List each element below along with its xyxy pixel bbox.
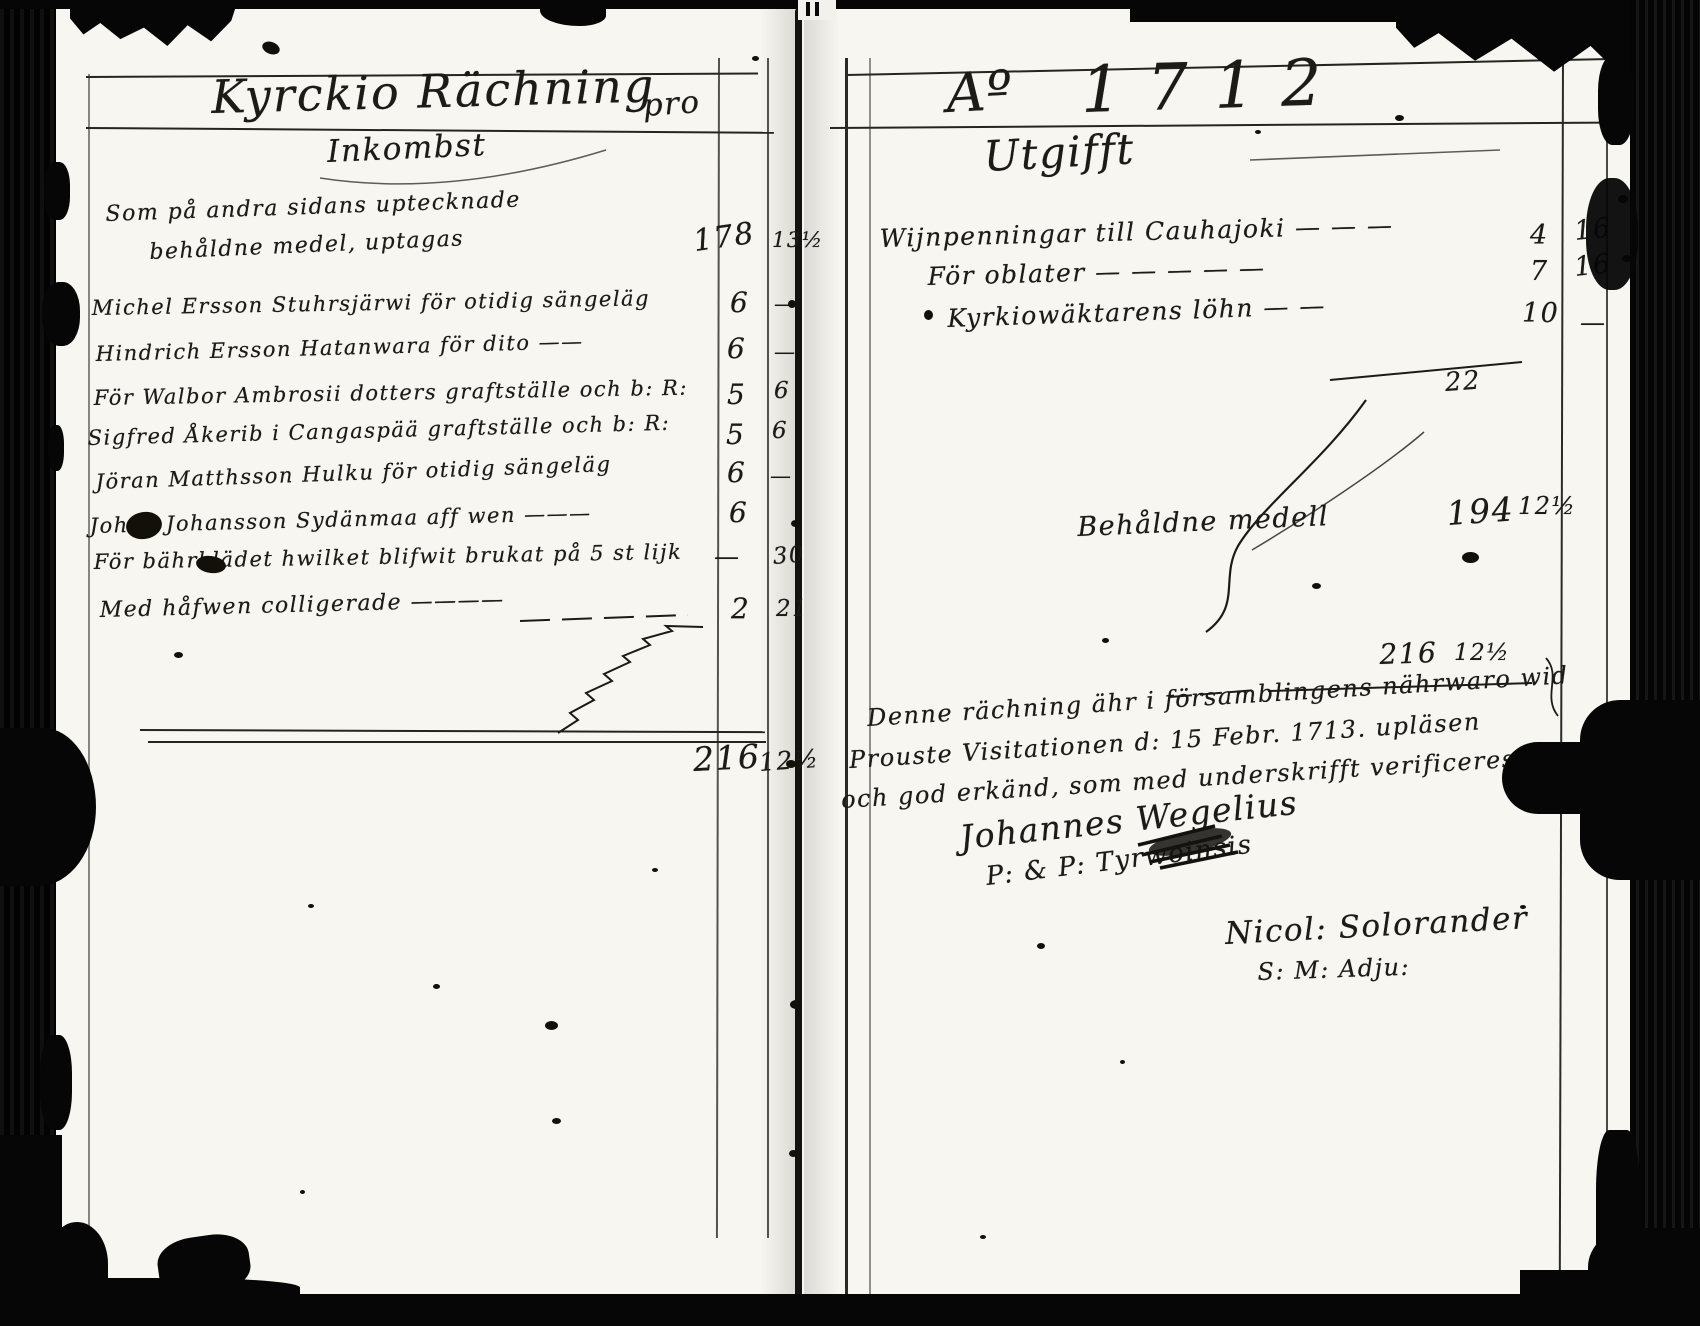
ink-speck — [1120, 1060, 1125, 1064]
amount-riksdaler: 2 — [731, 592, 750, 625]
scan-border-blob — [0, 1278, 300, 1302]
scan-border-blob — [1586, 178, 1638, 290]
amount-ore: — — [770, 464, 793, 488]
amount-riksdaler: 5 — [726, 418, 745, 451]
ink-speck — [788, 300, 796, 308]
right-page-title-anno: Aº — [945, 59, 1016, 125]
total-riksdaler: 216 — [692, 737, 761, 779]
scan-border-blob — [48, 425, 64, 471]
ink-speck — [1102, 638, 1109, 643]
scan-border-right — [1630, 0, 1700, 1326]
margin-line — [845, 58, 848, 1298]
amount-ore: 6 — [774, 378, 790, 404]
margin-line — [88, 74, 90, 1240]
ink-speck — [752, 56, 759, 61]
ink-speck — [791, 520, 800, 527]
right-page-title-year: 1712 — [1080, 46, 1349, 128]
amount-riksdaler: 6 — [729, 496, 748, 529]
subtotal: 22 — [1444, 366, 1482, 398]
carry-riksdaler: 216 — [1379, 636, 1438, 671]
ink-blot — [1462, 552, 1479, 563]
balance-ore: 12½ — [1518, 492, 1576, 520]
amount-riksdaler: 6 — [727, 456, 746, 489]
ink-speck — [980, 1235, 986, 1239]
scan-border-blob — [1588, 1228, 1700, 1326]
ink-speck — [924, 310, 933, 320]
amount-riksdaler: 4 — [1530, 220, 1549, 251]
sum-line — [148, 741, 766, 743]
scan-border-blob — [42, 282, 80, 346]
page-marker-tab — [798, 0, 836, 20]
amount-ore: — — [1580, 308, 1607, 337]
scan-border-blob — [1598, 55, 1634, 145]
tab-tick-mark — [815, 2, 819, 16]
amount-ore: 30 — [772, 541, 806, 570]
section-heading-expenses: Utgifft — [982, 124, 1135, 181]
amount-column-line — [767, 58, 769, 1238]
amount-ore: 21 — [776, 596, 808, 622]
amount-ore: 13½ — [772, 228, 824, 252]
left-page-title-suffix: pro — [641, 84, 701, 124]
scan-border-blob — [44, 162, 70, 220]
amount-riksdaler: — — [714, 542, 741, 571]
amount-ore: — — [774, 340, 797, 364]
tab-tick-mark — [806, 2, 810, 16]
ink-speck — [308, 904, 314, 908]
ink-speck — [300, 1190, 305, 1194]
balance-riksdaler: 194 — [1445, 489, 1515, 533]
margin-line — [869, 58, 871, 1298]
ink-speck — [1520, 905, 1526, 909]
page-gutter-fold — [795, 8, 802, 1298]
ink-speck — [174, 652, 183, 658]
scan-border-blob — [1580, 700, 1700, 880]
section-heading-income: Inkombst — [326, 127, 487, 170]
gutter-shadow-left — [760, 8, 796, 1300]
ink-speck — [1395, 115, 1404, 121]
amount-riksdaler: 6 — [730, 286, 749, 319]
ink-speck — [1255, 130, 1261, 134]
amount-riksdaler: 7 — [1530, 256, 1549, 287]
signature-secondary-title: S: M: Adju: — [1257, 953, 1411, 986]
scanned-ledger-spread: Kyrckio Rächning pro Inkombst Som på and… — [0, 0, 1700, 1326]
ink-speck — [786, 760, 796, 768]
amount-riksdaler: 10 — [1522, 298, 1559, 329]
ink-speck — [1037, 943, 1045, 949]
ink-speck — [545, 1021, 558, 1030]
ink-speck — [1312, 583, 1321, 589]
scan-border-blob — [40, 1035, 72, 1130]
gutter-shadow-right — [804, 8, 840, 1300]
ink-speck — [552, 1118, 561, 1124]
ink-speck — [433, 984, 440, 989]
ink-speck — [790, 1000, 802, 1009]
ink-speck — [652, 868, 658, 872]
carry-ore: 12½ — [1454, 640, 1510, 666]
ink-speck — [789, 1150, 798, 1157]
amount-riksdaler: 6 — [727, 332, 746, 365]
amount-ore: 6 — [772, 418, 788, 444]
amount-riksdaler: 5 — [727, 378, 746, 411]
